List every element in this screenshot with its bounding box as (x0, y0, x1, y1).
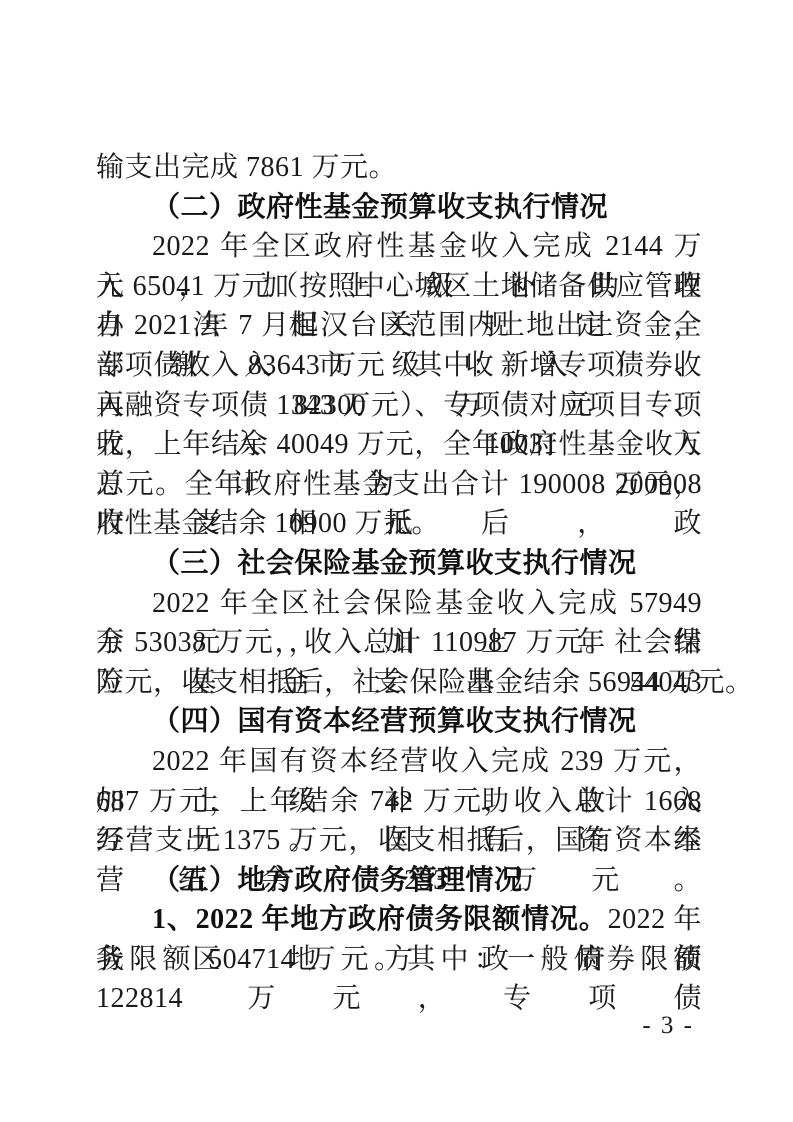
document-page: 输支出完成 7861 万元。 （二）政府性基金预算收支执行情况 2022 年全区… (0, 0, 793, 1122)
paragraph-line: 万元。全年政府性基金支出合计 190008 万元，收支相抵后，政 (96, 465, 702, 505)
paragraph-line: 万元，收支相抵后，社会保险基金结余 56944 万元。 (96, 663, 702, 703)
paragraph-line: 2022 年全区社会保险基金收入完成 57949 万元，加上年结 (96, 584, 702, 624)
paragraph-line: 专项债收入 83643 万元（其中：新增专项债券收入 82300 万元、 (96, 346, 702, 386)
paragraph-line: 2022 年全区政府性基金收入完成 2144 万元，加上级补助收 (96, 227, 702, 267)
paragraph-line: 再融资专项债 1343 万元）、专项债对应项目专项收入 10031 万 (96, 386, 702, 426)
paragraph-line: 入 65041 万元（按照中心城区土地储备供应管理办法相关规定， (96, 267, 702, 307)
paragraph-line: 余 53038 万元，收入总计 110987 万元。社会保险基金支出 54043 (96, 623, 702, 663)
section-heading-3: （三）社会保险基金预算收支执行情况 (96, 544, 702, 584)
paragraph-line: 输支出完成 7861 万元。 (96, 148, 702, 188)
paragraph-line: 2022 年国有资本经营收入完成 239 万元，加上级补助收入 (96, 742, 702, 782)
paragraph-line: 687 万元，上年结余 742 万元，收入总计 1668 万元。国有资本 (96, 782, 702, 822)
paragraph-line: 自 2021 年 7 月起汉台区范围内土地出让资金全部缴入市级收入）、 (96, 306, 702, 346)
page-number: - 3 - (642, 1011, 694, 1041)
section-heading-2: （二）政府性基金预算收支执行情况 (96, 188, 702, 228)
document-body: 输支出完成 7861 万元。 （二）政府性基金预算收支执行情况 2022 年全区… (96, 148, 702, 979)
section-heading-4: （四）国有资本经营预算收支执行情况 (96, 702, 702, 742)
paragraph-line: 元，上年结余 40049 万元，全年政府性基金收入总计为 200908 (96, 425, 702, 465)
paragraph-line: 务限额 504714 万元。其中：一般债券限额 122814 万元，专项债 (96, 940, 702, 980)
paragraph-line: 经营支出 1375 万元，收支相抵后，国有资本经营结余 293 万元。 (96, 821, 702, 861)
paragraph-line: 1、2022 年地方政府债务限额情况。2022 年我区地方政府债 (96, 900, 702, 940)
subsection-runin-heading: 1、2022 年地方政府债务限额情况。 (152, 904, 608, 935)
